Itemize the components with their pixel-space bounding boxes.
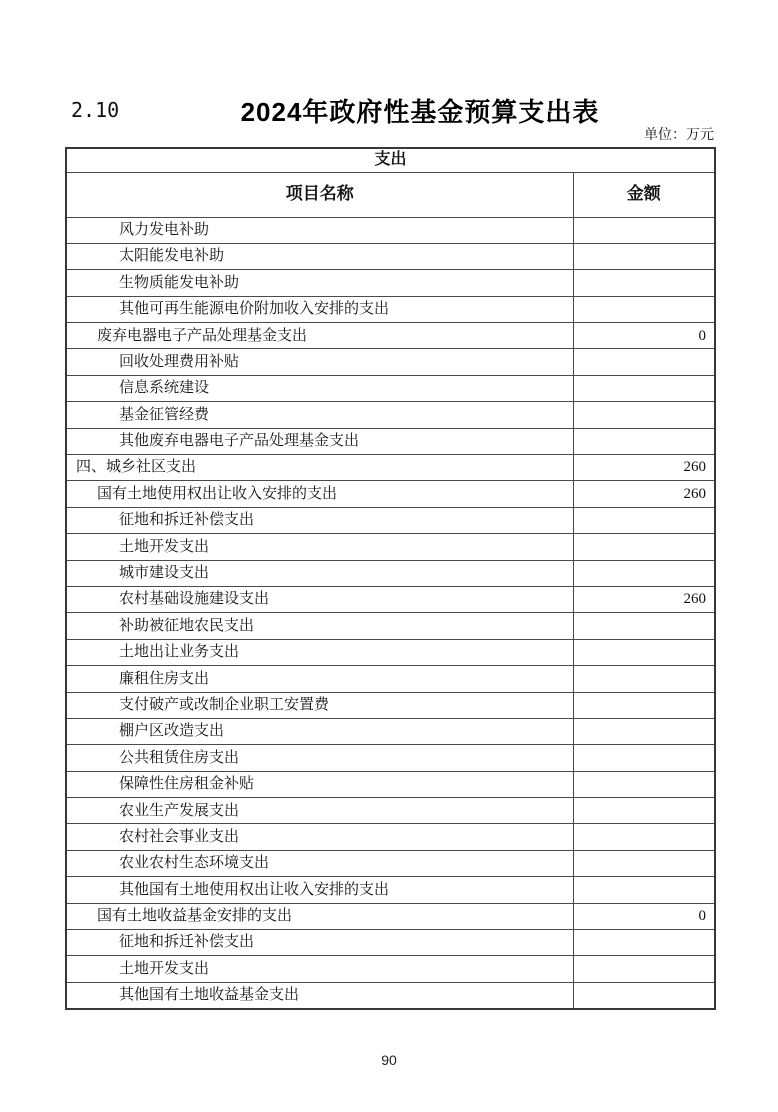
table-row: 废弃电器电子产品处理基金支出0 bbox=[66, 323, 715, 349]
table-row: 国有土地收益基金安排的支出0 bbox=[66, 903, 715, 929]
row-item-name: 太阳能发电补助 bbox=[66, 243, 573, 269]
table-column-header-row: 项目名称 金额 bbox=[66, 172, 715, 217]
table-row: 信息系统建设 bbox=[66, 375, 715, 401]
table-group-header-row: 支出 bbox=[66, 148, 715, 172]
row-amount bbox=[573, 639, 715, 665]
budget-table: 支出 项目名称 金额 风力发电补助太阳能发电补助生物质能发电补助其他可再生能源电… bbox=[65, 147, 716, 1010]
table-row: 廉租住房支出 bbox=[66, 666, 715, 692]
row-amount bbox=[573, 745, 715, 771]
row-amount bbox=[573, 428, 715, 454]
row-amount bbox=[573, 877, 715, 903]
table-row: 生物质能发电补助 bbox=[66, 270, 715, 296]
row-item-name: 其他可再生能源电价附加收入安排的支出 bbox=[66, 296, 573, 322]
row-amount bbox=[573, 560, 715, 586]
table-row: 其他可再生能源电价附加收入安排的支出 bbox=[66, 296, 715, 322]
row-item-name: 农业农村生态环境支出 bbox=[66, 850, 573, 876]
row-amount bbox=[573, 798, 715, 824]
row-amount bbox=[573, 375, 715, 401]
table-row: 农村基础设施建设支出260 bbox=[66, 586, 715, 612]
table-row: 保障性住房租金补贴 bbox=[66, 771, 715, 797]
row-amount bbox=[573, 850, 715, 876]
row-amount bbox=[573, 718, 715, 744]
row-amount bbox=[573, 666, 715, 692]
row-item-name: 支付破产或改制企业职工安置费 bbox=[66, 692, 573, 718]
table-row: 支付破产或改制企业职工安置费 bbox=[66, 692, 715, 718]
row-item-name: 公共租赁住房支出 bbox=[66, 745, 573, 771]
row-item-name: 国有土地收益基金安排的支出 bbox=[66, 903, 573, 929]
row-item-name: 城市建设支出 bbox=[66, 560, 573, 586]
row-item-name: 土地开发支出 bbox=[66, 956, 573, 982]
row-amount: 260 bbox=[573, 481, 715, 507]
row-amount bbox=[573, 982, 715, 1008]
row-amount bbox=[573, 243, 715, 269]
table-row: 土地开发支出 bbox=[66, 534, 715, 560]
table-row: 农业生产发展支出 bbox=[66, 798, 715, 824]
row-amount bbox=[573, 956, 715, 982]
row-item-name: 棚户区改造支出 bbox=[66, 718, 573, 744]
table-row: 土地出让业务支出 bbox=[66, 639, 715, 665]
row-item-name: 保障性住房租金补贴 bbox=[66, 771, 573, 797]
table-row: 风力发电补助 bbox=[66, 217, 715, 243]
table-row: 征地和拆迁补偿支出 bbox=[66, 930, 715, 956]
row-item-name: 其他国有土地使用权出让收入安排的支出 bbox=[66, 877, 573, 903]
document-page: 2.10 2024年政府性基金预算支出表 单位：万元 支出 项目名称 金额 风力… bbox=[0, 0, 778, 1112]
row-item-name: 征地和拆迁补偿支出 bbox=[66, 507, 573, 533]
row-item-name: 回收处理费用补贴 bbox=[66, 349, 573, 375]
row-item-name: 农村社会事业支出 bbox=[66, 824, 573, 850]
row-item-name: 土地开发支出 bbox=[66, 534, 573, 560]
table-row: 土地开发支出 bbox=[66, 956, 715, 982]
row-item-name: 国有土地使用权出让收入安排的支出 bbox=[66, 481, 573, 507]
row-item-name: 废弃电器电子产品处理基金支出 bbox=[66, 323, 573, 349]
page-number: 90 bbox=[0, 1052, 778, 1068]
row-amount bbox=[573, 402, 715, 428]
row-item-name: 信息系统建设 bbox=[66, 375, 573, 401]
row-amount bbox=[573, 296, 715, 322]
row-item-name: 其他国有土地收益基金支出 bbox=[66, 982, 573, 1008]
row-amount bbox=[573, 613, 715, 639]
row-item-name: 生物质能发电补助 bbox=[66, 270, 573, 296]
row-amount: 260 bbox=[573, 586, 715, 612]
row-item-name: 补助被征地农民支出 bbox=[66, 613, 573, 639]
row-item-name: 征地和拆迁补偿支出 bbox=[66, 930, 573, 956]
row-item-name: 四、城乡社区支出 bbox=[66, 455, 573, 481]
table-row: 四、城乡社区支出260 bbox=[66, 455, 715, 481]
row-item-name: 土地出让业务支出 bbox=[66, 639, 573, 665]
table-row: 农村社会事业支出 bbox=[66, 824, 715, 850]
row-item-name: 农村基础设施建设支出 bbox=[66, 586, 573, 612]
row-item-name: 廉租住房支出 bbox=[66, 666, 573, 692]
row-item-name: 风力发电补助 bbox=[66, 217, 573, 243]
table-body: 支出 项目名称 金额 风力发电补助太阳能发电补助生物质能发电补助其他可再生能源电… bbox=[66, 148, 715, 1009]
row-item-name: 其他废弃电器电子产品处理基金支出 bbox=[66, 428, 573, 454]
row-amount bbox=[573, 930, 715, 956]
table-row: 公共租赁住房支出 bbox=[66, 745, 715, 771]
table-row: 城市建设支出 bbox=[66, 560, 715, 586]
table-row: 补助被征地农民支出 bbox=[66, 613, 715, 639]
table-row: 其他废弃电器电子产品处理基金支出 bbox=[66, 428, 715, 454]
row-amount bbox=[573, 692, 715, 718]
table-row: 基金征管经费 bbox=[66, 402, 715, 428]
row-amount: 0 bbox=[573, 323, 715, 349]
row-amount bbox=[573, 349, 715, 375]
group-header-cell: 支出 bbox=[66, 148, 715, 172]
row-amount bbox=[573, 534, 715, 560]
row-amount bbox=[573, 217, 715, 243]
row-amount bbox=[573, 270, 715, 296]
table-row: 其他国有土地使用权出让收入安排的支出 bbox=[66, 877, 715, 903]
table-row: 国有土地使用权出让收入安排的支出260 bbox=[66, 481, 715, 507]
unit-label: 单位：万元 bbox=[644, 124, 714, 144]
column-header-amount: 金额 bbox=[573, 172, 715, 217]
column-header-name: 项目名称 bbox=[66, 172, 573, 217]
table-row: 征地和拆迁补偿支出 bbox=[66, 507, 715, 533]
table-row: 棚户区改造支出 bbox=[66, 718, 715, 744]
table-row: 回收处理费用补贴 bbox=[66, 349, 715, 375]
table-row: 农业农村生态环境支出 bbox=[66, 850, 715, 876]
table-row: 其他国有土地收益基金支出 bbox=[66, 982, 715, 1008]
row-amount: 260 bbox=[573, 455, 715, 481]
row-item-name: 农业生产发展支出 bbox=[66, 798, 573, 824]
row-item-name: 基金征管经费 bbox=[66, 402, 573, 428]
row-amount bbox=[573, 771, 715, 797]
row-amount: 0 bbox=[573, 903, 715, 929]
row-amount bbox=[573, 824, 715, 850]
row-amount bbox=[573, 507, 715, 533]
table-row: 太阳能发电补助 bbox=[66, 243, 715, 269]
